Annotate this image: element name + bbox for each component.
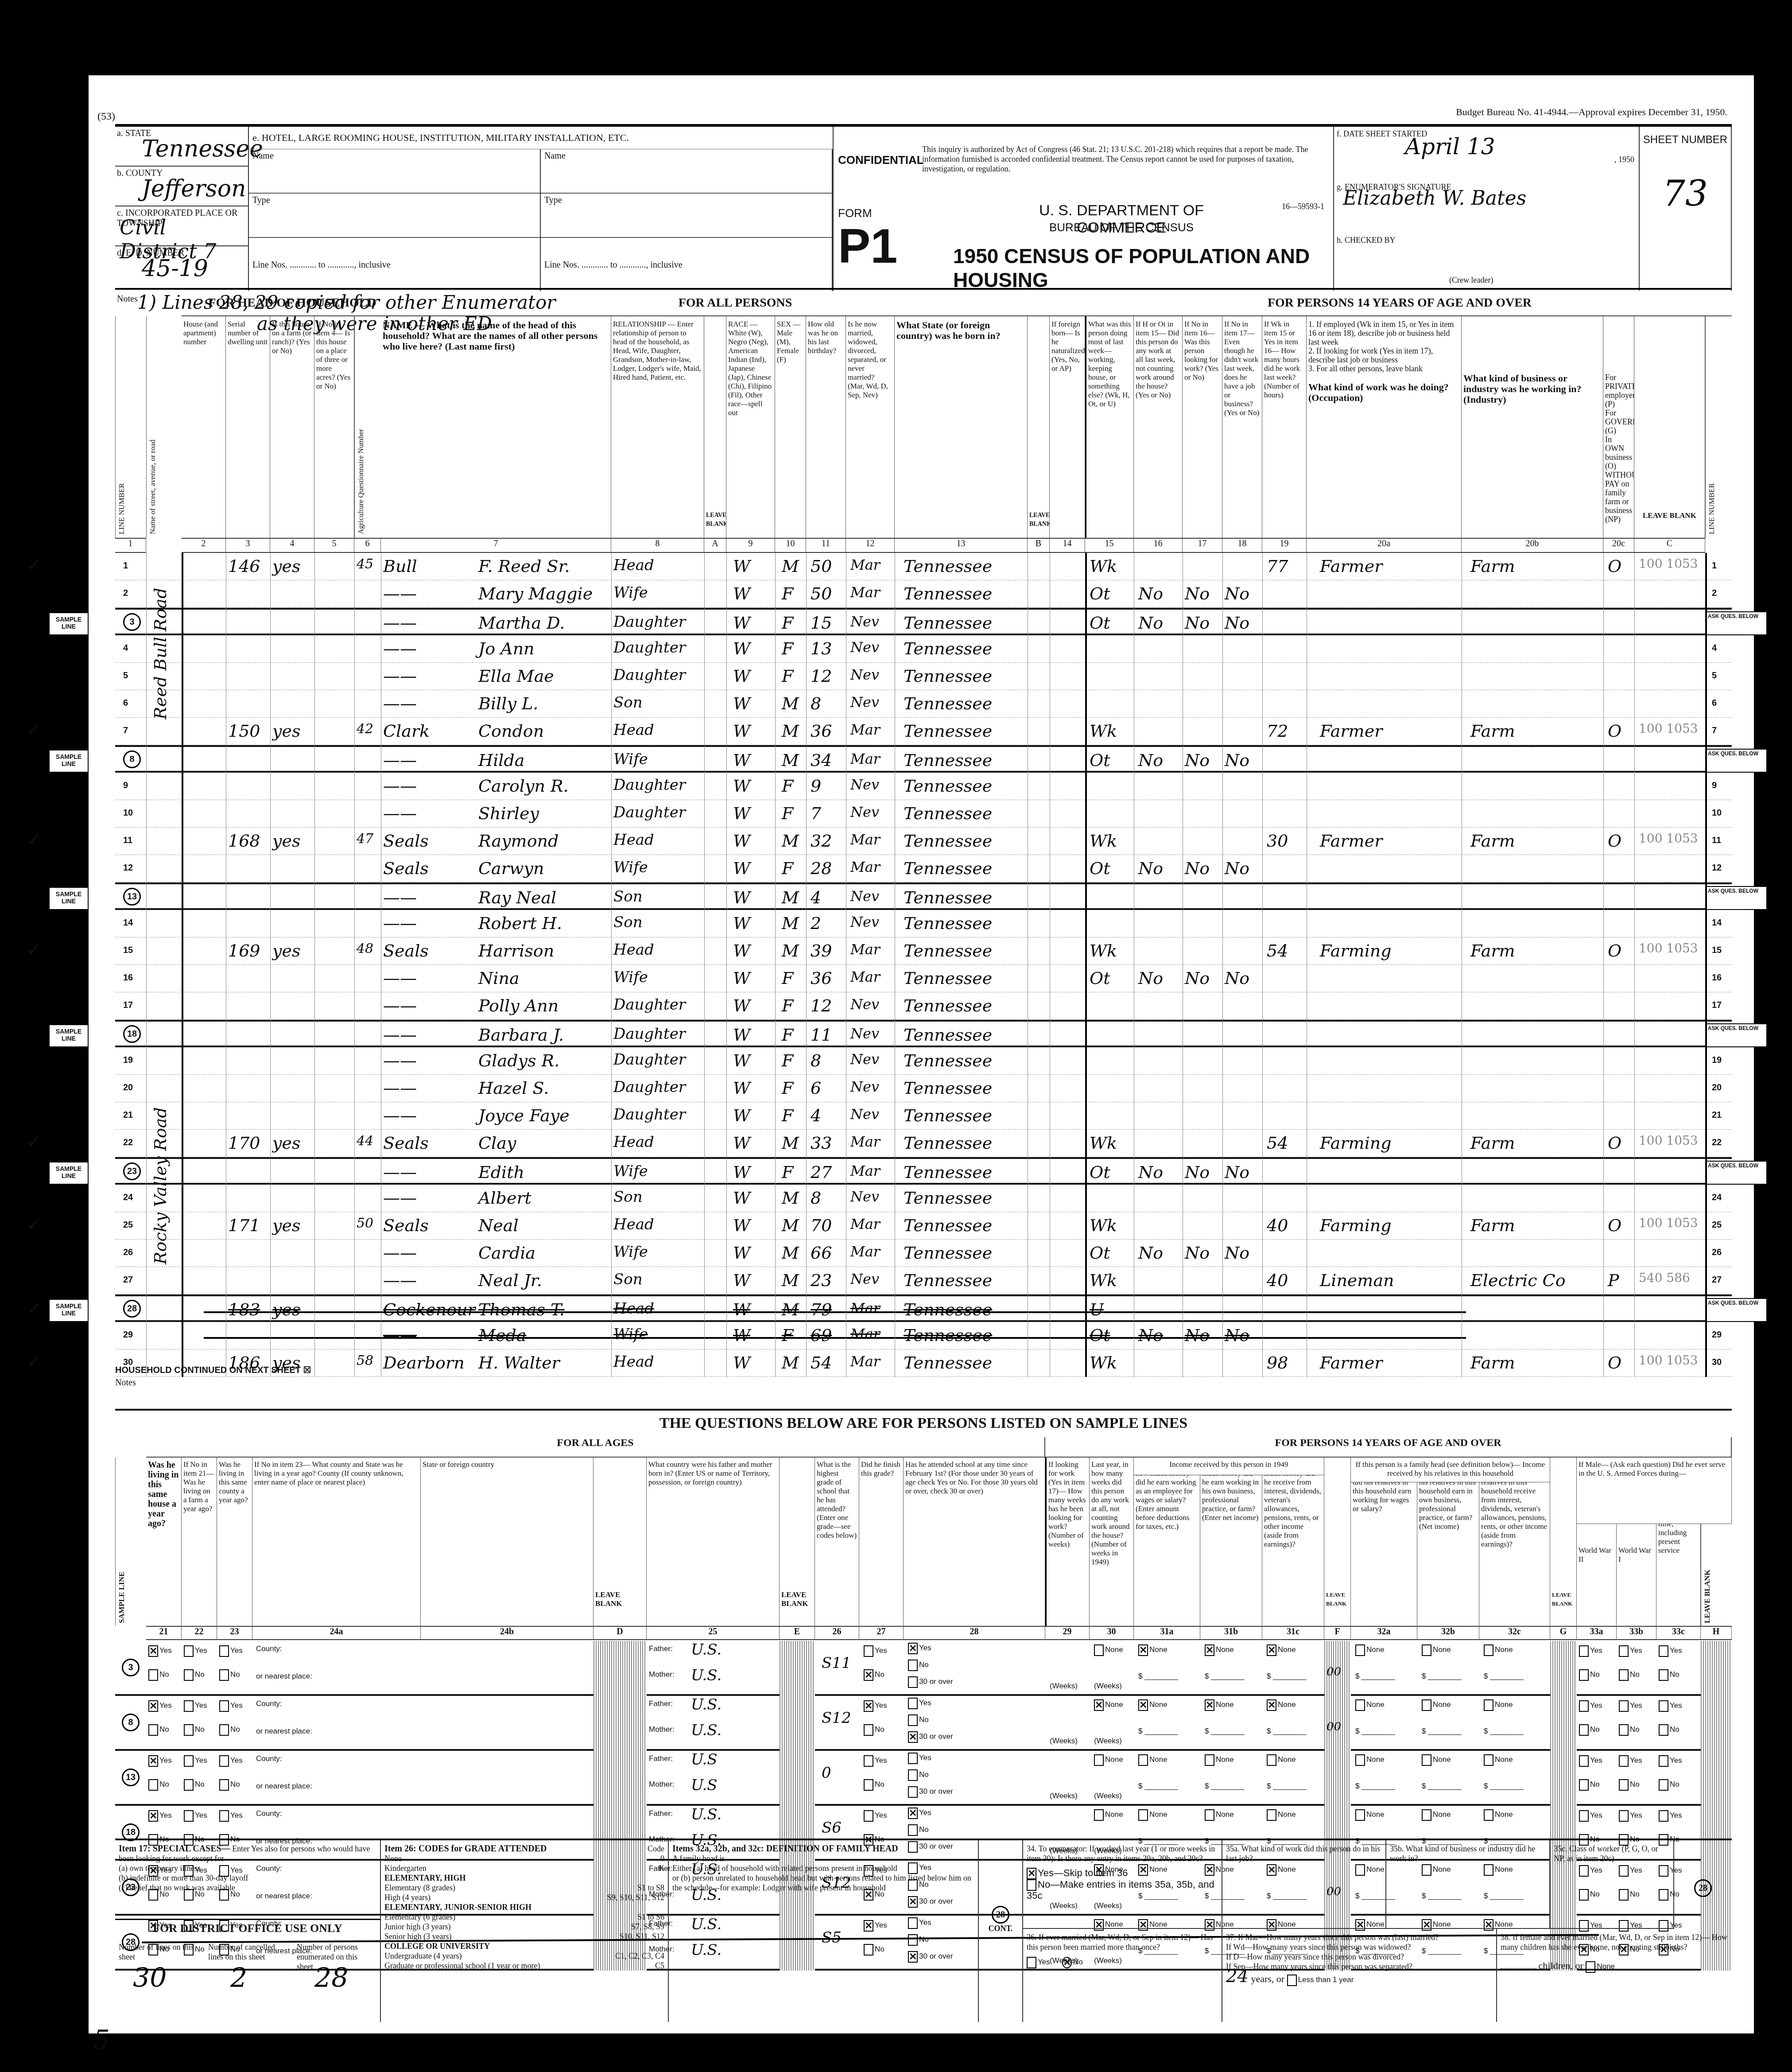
relationship[interactable]: Head <box>613 721 654 739</box>
q33b-yes-checkbox[interactable]: Yes <box>1619 1755 1642 1767</box>
looking-for-work[interactable]: No <box>1185 1162 1210 1182</box>
father-birthplace[interactable]: U.S. <box>691 1696 721 1714</box>
mother-birthplace[interactable]: U.S <box>691 1777 718 1794</box>
sex[interactable]: M <box>782 694 799 713</box>
q32b-none-checkbox[interactable]: None <box>1422 1754 1451 1766</box>
race[interactable]: W <box>733 613 750 633</box>
activity[interactable]: Wk <box>1090 721 1117 741</box>
activity[interactable]: Ot <box>1090 1243 1110 1263</box>
age[interactable]: 8 <box>811 694 821 713</box>
q30-none-checkbox[interactable]: None <box>1094 1754 1123 1766</box>
race[interactable]: W <box>733 666 750 686</box>
q27-yes-checkbox[interactable]: ✕Yes <box>864 1700 887 1712</box>
hours-worked[interactable]: 40 <box>1267 1216 1288 1235</box>
last-name[interactable]: Seals <box>383 1133 429 1153</box>
activity[interactable]: Ot <box>1090 968 1110 988</box>
table-row[interactable]: 2626——CardiaWifeWM66MarTennesseeOtNoNoNo <box>115 1240 1732 1267</box>
dollar-amount-field[interactable]: $ ________ <box>1484 1782 1524 1791</box>
marital-status[interactable]: Nev <box>850 1106 879 1123</box>
relationship[interactable]: Wife <box>613 1162 648 1180</box>
first-name[interactable]: Polly Ann <box>478 996 559 1015</box>
q38-none-checkbox[interactable]: None <box>1586 1962 1615 1971</box>
birthplace[interactable]: Tennessee <box>904 1106 992 1125</box>
q28-30-over-checkbox[interactable]: 30 or over <box>908 1676 953 1688</box>
birthplace[interactable]: Tennessee <box>904 1133 992 1153</box>
age[interactable]: 39 <box>811 941 832 960</box>
birthplace[interactable]: Tennessee <box>904 1243 992 1263</box>
marital-status[interactable]: Mar <box>850 584 880 601</box>
dollar-amount-field[interactable]: $ ________ <box>1422 1782 1462 1791</box>
q31c-none-checkbox[interactable]: None <box>1267 1754 1296 1766</box>
date-started-field[interactable]: f. DATE SHEET STARTED April 13 , 1950 <box>1334 127 1639 180</box>
race[interactable]: W <box>733 1300 750 1319</box>
industry[interactable]: Farm <box>1470 831 1515 851</box>
first-name[interactable]: Harrison <box>478 941 554 960</box>
relationship[interactable]: Wife <box>613 859 648 876</box>
q23-yes-checkbox[interactable]: Yes <box>219 1755 243 1767</box>
sex[interactable]: F <box>782 639 793 658</box>
dwelling-serial[interactable]: 168 <box>228 831 260 851</box>
q31c-none-checkbox[interactable]: None <box>1267 1809 1296 1821</box>
q33b-no-checkbox[interactable]: No <box>1619 1779 1640 1791</box>
q28-no-checkbox[interactable]: No <box>908 1769 929 1781</box>
last-name[interactable]: Clark <box>383 721 430 741</box>
activity[interactable]: Wk <box>1090 1133 1117 1153</box>
class-of-worker[interactable]: P <box>1608 1271 1619 1290</box>
last-name[interactable]: —— <box>383 1162 417 1182</box>
birthplace[interactable]: Tennessee <box>904 1216 992 1235</box>
age[interactable]: 54 <box>811 1353 832 1372</box>
checked-by-field[interactable]: h. CHECKED BY (Crew leader) <box>1334 233 1639 286</box>
activity[interactable]: Ot <box>1090 1162 1110 1182</box>
any-work[interactable]: No <box>1138 968 1163 988</box>
marital-status[interactable]: Nev <box>850 776 879 793</box>
race[interactable]: W <box>733 941 750 960</box>
first-name[interactable]: Neal <box>478 1216 519 1235</box>
relationship[interactable]: Daughter <box>613 613 686 631</box>
first-name[interactable]: Nina <box>478 968 520 988</box>
q36-no-checkbox[interactable]: ✕No <box>1062 1958 1083 1966</box>
dollar-amount-field[interactable]: $ ________ <box>1267 1782 1307 1791</box>
q21-yes-checkbox[interactable]: ✕Yes <box>148 1700 172 1712</box>
farm-answer[interactable]: yes <box>272 831 300 851</box>
any-work[interactable]: No <box>1138 1326 1163 1345</box>
age[interactable]: 34 <box>811 750 832 770</box>
relationship[interactable]: Wife <box>613 1326 648 1343</box>
hours-worked[interactable]: 54 <box>1267 1133 1288 1153</box>
age[interactable]: 13 <box>811 639 832 658</box>
mother-birthplace[interactable]: U.S. <box>691 1667 721 1684</box>
activity[interactable]: Ot <box>1090 750 1110 770</box>
q22-yes-checkbox[interactable]: Yes <box>184 1755 207 1767</box>
looking-for-work[interactable]: No <box>1185 613 1210 633</box>
class-of-worker[interactable]: O <box>1608 1133 1621 1153</box>
q33c-yes-checkbox[interactable]: Yes <box>1659 1645 1682 1657</box>
relationship[interactable]: Head <box>613 1133 654 1151</box>
table-row[interactable]: 2727——Neal Jr.SonWM23NevTennesseeWk40Lin… <box>115 1267 1732 1295</box>
activity[interactable]: Wk <box>1090 1353 1117 1372</box>
office-code[interactable]: 100 1053 <box>1639 1353 1698 1368</box>
q33a-no-checkbox[interactable]: No <box>1579 1779 1600 1791</box>
father-birthplace[interactable]: U.S. <box>691 1806 721 1823</box>
relationship[interactable]: Head <box>613 1353 654 1371</box>
q23-yes-checkbox[interactable]: Yes <box>219 1700 243 1712</box>
activity[interactable]: Ot <box>1090 584 1110 603</box>
sex[interactable]: F <box>782 666 793 686</box>
birthplace[interactable]: Tennessee <box>904 584 992 603</box>
occupation[interactable]: Farmer <box>1320 831 1382 851</box>
birthplace[interactable]: Tennessee <box>904 859 992 878</box>
first-name[interactable]: Raymond <box>478 831 559 851</box>
activity[interactable]: Wk <box>1090 941 1117 960</box>
sex[interactable]: M <box>782 556 799 576</box>
first-name[interactable]: Neal Jr. <box>478 1271 542 1290</box>
dollar-amount-field[interactable]: $ ________ <box>1422 1672 1462 1681</box>
has-job[interactable]: No <box>1225 1326 1249 1345</box>
age[interactable]: 32 <box>811 831 832 851</box>
has-job[interactable]: No <box>1225 968 1249 988</box>
sex[interactable]: F <box>782 613 793 633</box>
hotel-type-field-2[interactable]: Type <box>541 194 832 238</box>
race[interactable]: W <box>733 968 750 988</box>
class-of-worker[interactable]: O <box>1608 556 1621 576</box>
dollar-amount-field[interactable]: $ ________ <box>1267 1672 1307 1681</box>
q34-yes-checkbox[interactable]: ✕Yes—Skip to item 36 <box>1027 1868 1218 1879</box>
first-name[interactable]: Hilda <box>478 750 524 770</box>
race[interactable]: W <box>733 750 750 770</box>
table-row[interactable]: 2929——MedaWifeWF69MarTennesseeOtNoNoNo <box>115 1322 1732 1349</box>
race[interactable]: W <box>733 1271 750 1290</box>
first-name[interactable]: Albert <box>478 1188 531 1208</box>
last-name[interactable]: Seals <box>383 831 429 851</box>
last-name[interactable]: Dearborn <box>383 1353 465 1372</box>
first-name[interactable]: Meda <box>478 1326 526 1345</box>
q22-yes-checkbox[interactable]: Yes <box>184 1645 207 1657</box>
q30-none-checkbox[interactable]: None <box>1094 1809 1123 1821</box>
q35c-box[interactable]: 35c. Class of worker (P, G, O, or NP, as… <box>1550 1840 1674 1929</box>
q27-no-checkbox[interactable]: ✕No <box>864 1669 884 1681</box>
q30-none-checkbox[interactable]: ✕None <box>1094 1699 1123 1711</box>
last-name[interactable]: Cockenour <box>383 1300 476 1319</box>
agri-number[interactable]: 50 <box>357 1216 373 1231</box>
age[interactable]: 66 <box>811 1243 832 1263</box>
q21-yes-checkbox[interactable]: ✕Yes <box>148 1645 172 1657</box>
race[interactable]: W <box>733 1162 750 1182</box>
any-work[interactable]: No <box>1138 859 1163 878</box>
birthplace[interactable]: Tennessee <box>904 556 992 576</box>
q23-yes-checkbox[interactable]: Yes <box>219 1810 243 1822</box>
activity[interactable]: Ot <box>1090 1326 1110 1345</box>
q33a-yes-checkbox[interactable]: Yes <box>1579 1810 1602 1822</box>
age[interactable]: 70 <box>811 1216 832 1235</box>
marital-status[interactable]: Mar <box>850 721 880 738</box>
q28-yes-checkbox[interactable]: Yes <box>908 1753 931 1764</box>
dollar-amount-field[interactable]: $ ________ <box>1138 1672 1178 1681</box>
relationship[interactable]: Daughter <box>613 1025 686 1043</box>
sex[interactable]: M <box>782 1133 799 1153</box>
table-row[interactable]: 1919——Gladys R.DaughterWF8NevTennessee <box>115 1047 1732 1075</box>
table-row[interactable]: 1717——Polly AnnDaughterWF12NevTennessee <box>115 992 1732 1020</box>
birthplace[interactable]: Tennessee <box>904 776 992 796</box>
place-field[interactable]: c. INCORPORATED PLACE OR TOWNSHIP Civil … <box>115 206 248 246</box>
last-name[interactable]: Seals <box>383 1216 429 1235</box>
last-name[interactable]: —— <box>383 1078 417 1098</box>
hotel-name-field-2[interactable]: Name <box>541 149 832 194</box>
table-row[interactable]: 99——Carolyn R.DaughterWF9NevTennessee <box>115 773 1732 800</box>
last-name[interactable]: —— <box>383 694 417 713</box>
industry[interactable]: Farm <box>1470 556 1515 576</box>
age[interactable]: 12 <box>811 996 832 1015</box>
q27-yes-checkbox[interactable]: Yes <box>864 1755 887 1767</box>
age[interactable]: 33 <box>811 1133 832 1153</box>
table-row[interactable]: 2121——Joyce FayeDaughterWF4NevTennessee <box>115 1102 1732 1130</box>
relationship[interactable]: Head <box>613 831 654 849</box>
last-name[interactable]: —— <box>383 1243 417 1263</box>
birthplace[interactable]: Tennessee <box>904 1326 992 1345</box>
last-name[interactable]: —— <box>383 584 417 603</box>
relationship[interactable]: Son <box>613 694 643 711</box>
table-row[interactable]: 1111168yes47SealsRaymondHeadWM32MarTenne… <box>115 828 1732 855</box>
sex[interactable]: F <box>782 859 793 878</box>
occupation[interactable]: Farmer <box>1320 1353 1382 1372</box>
occupation[interactable]: Farmer <box>1320 721 1382 741</box>
race[interactable]: W <box>733 831 750 851</box>
table-row[interactable]: 1515169yes48SealsHarrisonHeadWM39MarTenn… <box>115 937 1732 965</box>
first-name[interactable]: H. Walter <box>478 1353 560 1372</box>
age[interactable]: 28 <box>811 859 832 878</box>
relationship[interactable]: Head <box>613 941 654 959</box>
birthplace[interactable]: Tennessee <box>904 914 992 933</box>
birthplace[interactable]: Tennessee <box>904 1353 992 1372</box>
q33b-yes-checkbox[interactable]: Yes <box>1619 1645 1642 1657</box>
dollar-amount-field[interactable]: $ ________ <box>1355 1782 1395 1791</box>
activity[interactable]: Wk <box>1090 1271 1117 1290</box>
q22-no-checkbox[interactable]: No <box>184 1779 205 1791</box>
hours-worked[interactable]: 54 <box>1267 941 1288 960</box>
last-name[interactable]: —— <box>383 996 417 1015</box>
age[interactable]: 15 <box>811 613 832 633</box>
looking-for-work[interactable]: No <box>1185 1326 1210 1345</box>
first-name[interactable]: Thomas T. <box>478 1300 565 1319</box>
relationship[interactable]: Son <box>613 1271 643 1288</box>
occupation[interactable]: Farming <box>1320 941 1392 960</box>
looking-for-work[interactable]: No <box>1185 750 1210 770</box>
industry[interactable]: Electric Co <box>1470 1271 1566 1290</box>
looking-for-work[interactable]: No <box>1185 584 1210 603</box>
q23-no-checkbox[interactable]: No <box>219 1669 240 1681</box>
q28-no-checkbox[interactable]: No <box>908 1824 929 1836</box>
q22-no-checkbox[interactable]: No <box>184 1669 205 1681</box>
relationship[interactable]: Head <box>613 1300 654 1318</box>
activity[interactable]: Wk <box>1090 556 1117 576</box>
q33a-yes-checkbox[interactable]: Yes <box>1579 1645 1602 1657</box>
q30-none-checkbox[interactable]: None <box>1094 1644 1123 1656</box>
marital-status[interactable]: Nev <box>850 804 879 820</box>
sex[interactable]: M <box>782 1271 799 1290</box>
first-name[interactable]: Ella Mae <box>478 666 554 686</box>
first-name[interactable]: Ray Neal <box>478 888 556 907</box>
q33a-no-checkbox[interactable]: No <box>1579 1724 1600 1736</box>
age[interactable]: 8 <box>811 1051 821 1070</box>
q37-less-checkbox[interactable]: Less than 1 year <box>1287 1975 1354 1984</box>
q28-30-over-checkbox[interactable]: 30 or over <box>908 1786 953 1798</box>
marital-status[interactable]: Mar <box>850 750 880 767</box>
agri-number[interactable]: 45 <box>357 556 373 572</box>
has-job[interactable]: No <box>1225 613 1249 633</box>
sex[interactable]: M <box>782 1216 799 1235</box>
q32c-none-checkbox[interactable]: None <box>1484 1754 1513 1766</box>
sex[interactable]: F <box>782 804 793 823</box>
first-name[interactable]: Robert H. <box>478 914 562 933</box>
race[interactable]: W <box>733 1188 750 1208</box>
age[interactable]: 2 <box>811 914 821 933</box>
sex[interactable]: F <box>782 1078 793 1098</box>
birthplace[interactable]: Tennessee <box>904 721 992 741</box>
q31b-none-checkbox[interactable]: None <box>1205 1754 1234 1766</box>
highest-grade[interactable]: 0 <box>822 1764 831 1782</box>
activity[interactable]: Ot <box>1090 613 1110 633</box>
office-code[interactable]: 100 1053 <box>1639 1216 1698 1230</box>
race[interactable]: W <box>733 1133 750 1153</box>
q33a-yes-checkbox[interactable]: Yes <box>1579 1755 1602 1767</box>
q31b-none-checkbox[interactable]: ✕None <box>1205 1699 1234 1711</box>
farm-answer[interactable]: yes <box>272 1216 300 1235</box>
q31a-none-checkbox[interactable]: ✕None <box>1138 1699 1168 1711</box>
q32a-none-checkbox[interactable]: None <box>1355 1754 1385 1766</box>
class-of-worker[interactable]: O <box>1608 721 1621 741</box>
marital-status[interactable]: Nev <box>850 1188 879 1205</box>
highest-grade[interactable]: S12 <box>822 1709 851 1727</box>
dollar-amount-field[interactable]: $ ________ <box>1355 1727 1395 1736</box>
any-work[interactable]: No <box>1138 750 1163 770</box>
relationship[interactable]: Son <box>613 1188 643 1206</box>
table-row[interactable]: 2222170yes44SealsClayHeadWM33MarTennesse… <box>115 1130 1732 1157</box>
marital-status[interactable]: Mar <box>850 941 880 958</box>
first-name[interactable]: Shirley <box>478 804 539 823</box>
enumerator-field[interactable]: g. ENUMERATOR'S SIGNATURE Elizabeth W. B… <box>1334 180 1639 233</box>
table-row[interactable]: 23SAMPLE LINEASK QUES. BELOW——EdithWifeW… <box>115 1157 1732 1185</box>
race[interactable]: W <box>733 584 750 603</box>
table-row[interactable]: 2424——AlbertSonWM8NevTennessee <box>115 1185 1732 1212</box>
age[interactable]: 6 <box>811 1078 821 1098</box>
relationship[interactable]: Daughter <box>613 1078 686 1096</box>
father-birthplace[interactable]: U.S. <box>691 1641 721 1659</box>
last-name[interactable]: —— <box>383 1025 417 1045</box>
first-name[interactable]: Clay <box>478 1133 516 1153</box>
last-name[interactable]: Seals <box>383 941 429 960</box>
age[interactable]: 12 <box>811 666 832 686</box>
ed-field[interactable]: d. E. D. NUMBER 45-19 <box>115 246 248 286</box>
activity[interactable]: U <box>1090 1300 1104 1319</box>
household-continued-checkbox[interactable]: ☒ <box>303 1365 311 1375</box>
office-code[interactable]: 100 1053 <box>1639 556 1698 571</box>
industry[interactable]: Farm <box>1470 941 1515 960</box>
first-name[interactable]: Joyce Faye <box>478 1106 570 1125</box>
q35b-box[interactable]: 35b. What kind of business or industry d… <box>1386 1840 1550 1929</box>
agri-number[interactable]: 48 <box>357 941 373 956</box>
has-job[interactable]: No <box>1225 859 1249 878</box>
first-name[interactable]: Cardia <box>478 1243 535 1263</box>
farm-answer[interactable]: yes <box>272 721 300 741</box>
race[interactable]: W <box>733 776 750 796</box>
q27-no-checkbox[interactable]: No <box>864 1724 884 1736</box>
relationship[interactable]: Daughter <box>613 996 686 1014</box>
dwelling-serial[interactable]: 171 <box>228 1216 260 1235</box>
race[interactable]: W <box>733 1243 750 1263</box>
last-name[interactable]: Bull <box>383 556 417 576</box>
farm-answer[interactable]: yes <box>272 1133 300 1153</box>
age[interactable]: 11 <box>811 1025 832 1045</box>
occupation[interactable]: Farming <box>1320 1216 1392 1235</box>
office-code[interactable]: 100 1053 <box>1639 721 1698 736</box>
marital-status[interactable]: Mar <box>850 968 880 985</box>
q23-no-checkbox[interactable]: No <box>219 1724 240 1736</box>
dollar-amount-field[interactable]: $ ________ <box>1205 1727 1245 1736</box>
table-row[interactable]: 28SAMPLE LINEASK QUES. BELOW183yesCocken… <box>115 1295 1732 1322</box>
q21-no-checkbox[interactable]: No <box>148 1669 169 1681</box>
q31b-none-checkbox[interactable]: ✕None <box>1205 1644 1234 1656</box>
marital-status[interactable]: Mar <box>850 1243 880 1260</box>
dollar-amount-field[interactable]: $ ________ <box>1355 1672 1395 1681</box>
hours-worked[interactable]: 77 <box>1267 556 1288 576</box>
q27-yes-checkbox[interactable]: Yes <box>864 1810 887 1822</box>
marital-status[interactable]: Nev <box>850 914 879 930</box>
age[interactable]: 8 <box>811 1188 821 1208</box>
marital-status[interactable]: Mar <box>850 1133 880 1150</box>
race[interactable]: W <box>733 888 750 907</box>
table-row[interactable]: 2020——Hazel S.DaughterWF6NevTennessee <box>115 1075 1732 1102</box>
table-row[interactable]: 18SAMPLE LINEASK QUES. BELOW——Barbara J.… <box>115 1020 1732 1047</box>
dollar-amount-field[interactable]: $ ________ <box>1138 1727 1178 1736</box>
q22-yes-checkbox[interactable]: Yes <box>184 1700 207 1712</box>
last-name[interactable]: —— <box>383 1051 417 1070</box>
q27-yes-checkbox[interactable]: Yes <box>864 1645 887 1657</box>
dwelling-serial[interactable]: 169 <box>228 941 260 960</box>
sex[interactable]: F <box>782 1051 793 1070</box>
last-name[interactable]: —— <box>383 1271 417 1290</box>
birthplace[interactable]: Tennessee <box>904 831 992 851</box>
q21-yes-checkbox[interactable]: ✕Yes <box>148 1810 172 1822</box>
relationship[interactable]: Wife <box>613 1243 648 1261</box>
hotel-lines-field-2[interactable]: Line Nos. ............ to ............, … <box>541 238 832 282</box>
marital-status[interactable]: Nev <box>850 1271 879 1287</box>
sex[interactable]: M <box>782 888 799 907</box>
q33c-yes-checkbox[interactable]: Yes <box>1659 1700 1682 1712</box>
occupation[interactable]: Farmer <box>1320 556 1382 576</box>
last-name[interactable]: —— <box>383 639 417 658</box>
hotel-type-field[interactable]: Type <box>249 194 540 238</box>
table-row[interactable]: 77150yes42ClarkCondonHeadWM36MarTennesse… <box>115 718 1732 745</box>
last-name[interactable]: —— <box>383 666 417 686</box>
relationship[interactable]: Daughter <box>613 1051 686 1069</box>
last-name[interactable]: —— <box>383 1188 417 1208</box>
first-name[interactable]: Carolyn R. <box>478 776 569 796</box>
q22-no-checkbox[interactable]: No <box>184 1724 205 1736</box>
occupation[interactable]: Lineman <box>1320 1271 1394 1290</box>
race[interactable]: W <box>733 804 750 823</box>
household-continued[interactable]: HOUSEHOLD CONTINUED ON NEXT SHEET ☒ <box>115 1364 311 1376</box>
birthplace[interactable]: Tennessee <box>904 613 992 633</box>
table-row[interactable]: 8SAMPLE LINEASK QUES. BELOW——HildaWifeWM… <box>115 745 1732 773</box>
table-row[interactable]: 3SAMPLE LINEASK QUES. BELOW——Martha D.Da… <box>115 608 1732 635</box>
q32b-none-checkbox[interactable]: None <box>1422 1699 1451 1711</box>
first-name[interactable]: Edith <box>478 1162 524 1182</box>
q32a-none-checkbox[interactable]: None <box>1355 1699 1385 1711</box>
sex[interactable]: F <box>782 584 793 603</box>
age[interactable]: 4 <box>811 1106 821 1125</box>
relationship[interactable]: Head <box>613 1216 654 1233</box>
birthplace[interactable]: Tennessee <box>904 1162 992 1182</box>
